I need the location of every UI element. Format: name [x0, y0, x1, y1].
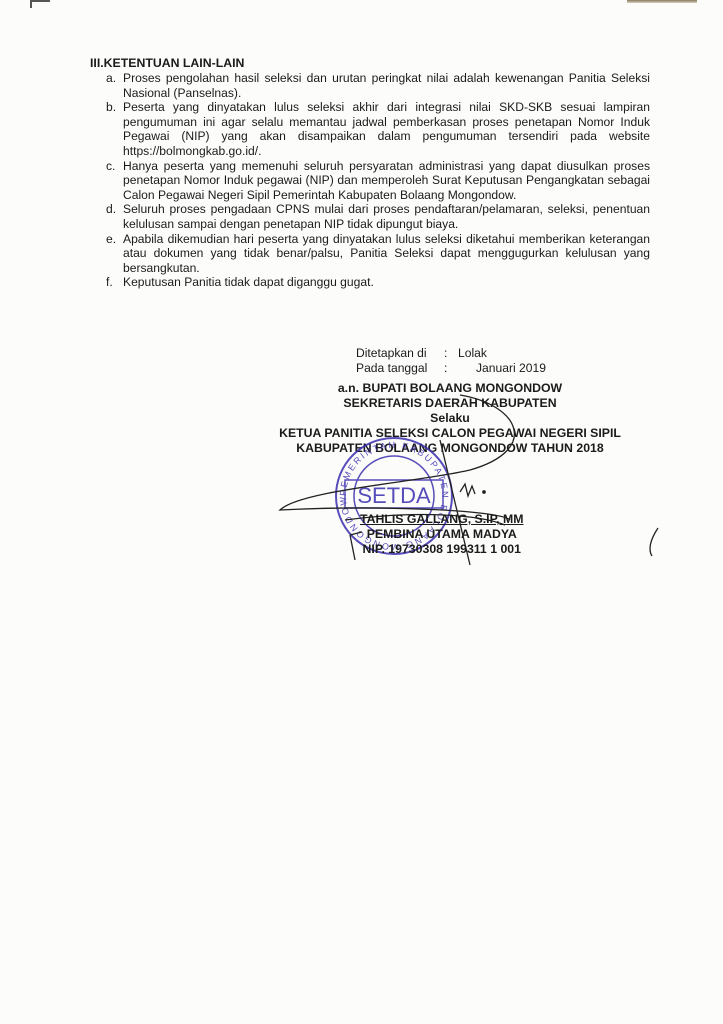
authority-line: a.n. BUPATI BOLAANG MONGONDOW: [250, 381, 650, 396]
signer-rank: PEMBINA UTAMA MADYA: [360, 527, 524, 542]
item-text: Peserta yang dinyatakan lulus seleksi ak…: [123, 100, 650, 158]
authority-lines: a.n. BUPATI BOLAANG MONGONDOW SEKRETARIS…: [250, 381, 650, 456]
item-marker: e.: [90, 232, 123, 276]
section-title: III.KETENTUAN LAIN-LAIN: [90, 56, 650, 70]
place-value: Lolak: [458, 346, 487, 361]
svg-text:SETDA: SETDA: [357, 483, 431, 508]
signature-block: Ditetapkan di : Lolak Pada tanggal : Jan…: [250, 346, 650, 456]
item-marker: c.: [90, 159, 123, 203]
date-label: Pada tanggal: [356, 361, 444, 376]
paper-edge: [627, 0, 697, 3]
item-text: Keputusan Panitia tidak dapat diganggu g…: [123, 275, 650, 290]
paper-edge: [30, 0, 32, 8]
item-text: Proses pengolahan hasil seleksi dan urut…: [123, 71, 650, 100]
item-text: Seluruh proses pengadaan CPNS mulai dari…: [123, 202, 650, 231]
authority-line: KETUA PANITIA SELEKSI CALON PEGAWAI NEGE…: [250, 426, 650, 441]
list-item: f.Keputusan Panitia tidak dapat diganggu…: [90, 275, 650, 290]
signer-nip: NIP. 19730308 199311 1 001: [360, 542, 524, 557]
signer-block: TAHLIS GALLANG, S.IP, MM PEMBINA UTAMA M…: [360, 512, 524, 557]
list-item: b.Peserta yang dinyatakan lulus seleksi …: [90, 100, 650, 158]
item-text: Apabila dikemudian hari peserta yang din…: [123, 232, 650, 276]
signer-name: TAHLIS GALLANG, S.IP, MM: [360, 512, 524, 527]
list-item: e.Apabila dikemudian hari peserta yang d…: [90, 232, 650, 276]
place-row: Ditetapkan di : Lolak: [356, 346, 650, 361]
place-label: Ditetapkan di: [356, 346, 444, 361]
date-row: Pada tanggal : Januari 2019: [356, 361, 650, 376]
list-item: a.Proses pengolahan hasil seleksi dan ur…: [90, 71, 650, 100]
provisions-list: a.Proses pengolahan hasil seleksi dan ur…: [90, 71, 650, 290]
item-marker: b.: [90, 100, 123, 158]
place-colon: :: [444, 346, 458, 361]
date-colon: :: [444, 361, 458, 376]
authority-line: KABUPATEN BOLAANG MONGONDOW TAHUN 2018: [250, 441, 650, 456]
item-text: Hanya peserta yang memenuhi seluruh pers…: [123, 159, 650, 203]
list-item: d.Seluruh proses pengadaan CPNS mulai da…: [90, 202, 650, 231]
authority-line: SEKRETARIS DAERAH KABUPATEN: [250, 396, 650, 411]
paper-edge: [30, 0, 50, 2]
authority-line: Selaku: [250, 411, 650, 426]
provisions-section: III.KETENTUAN LAIN-LAIN a.Proses pengola…: [90, 56, 650, 290]
item-marker: d.: [90, 202, 123, 231]
date-value: Januari 2019: [458, 361, 546, 376]
item-marker: f.: [90, 275, 123, 290]
list-item: c.Hanya peserta yang memenuhi seluruh pe…: [90, 159, 650, 203]
item-marker: a.: [90, 71, 123, 100]
